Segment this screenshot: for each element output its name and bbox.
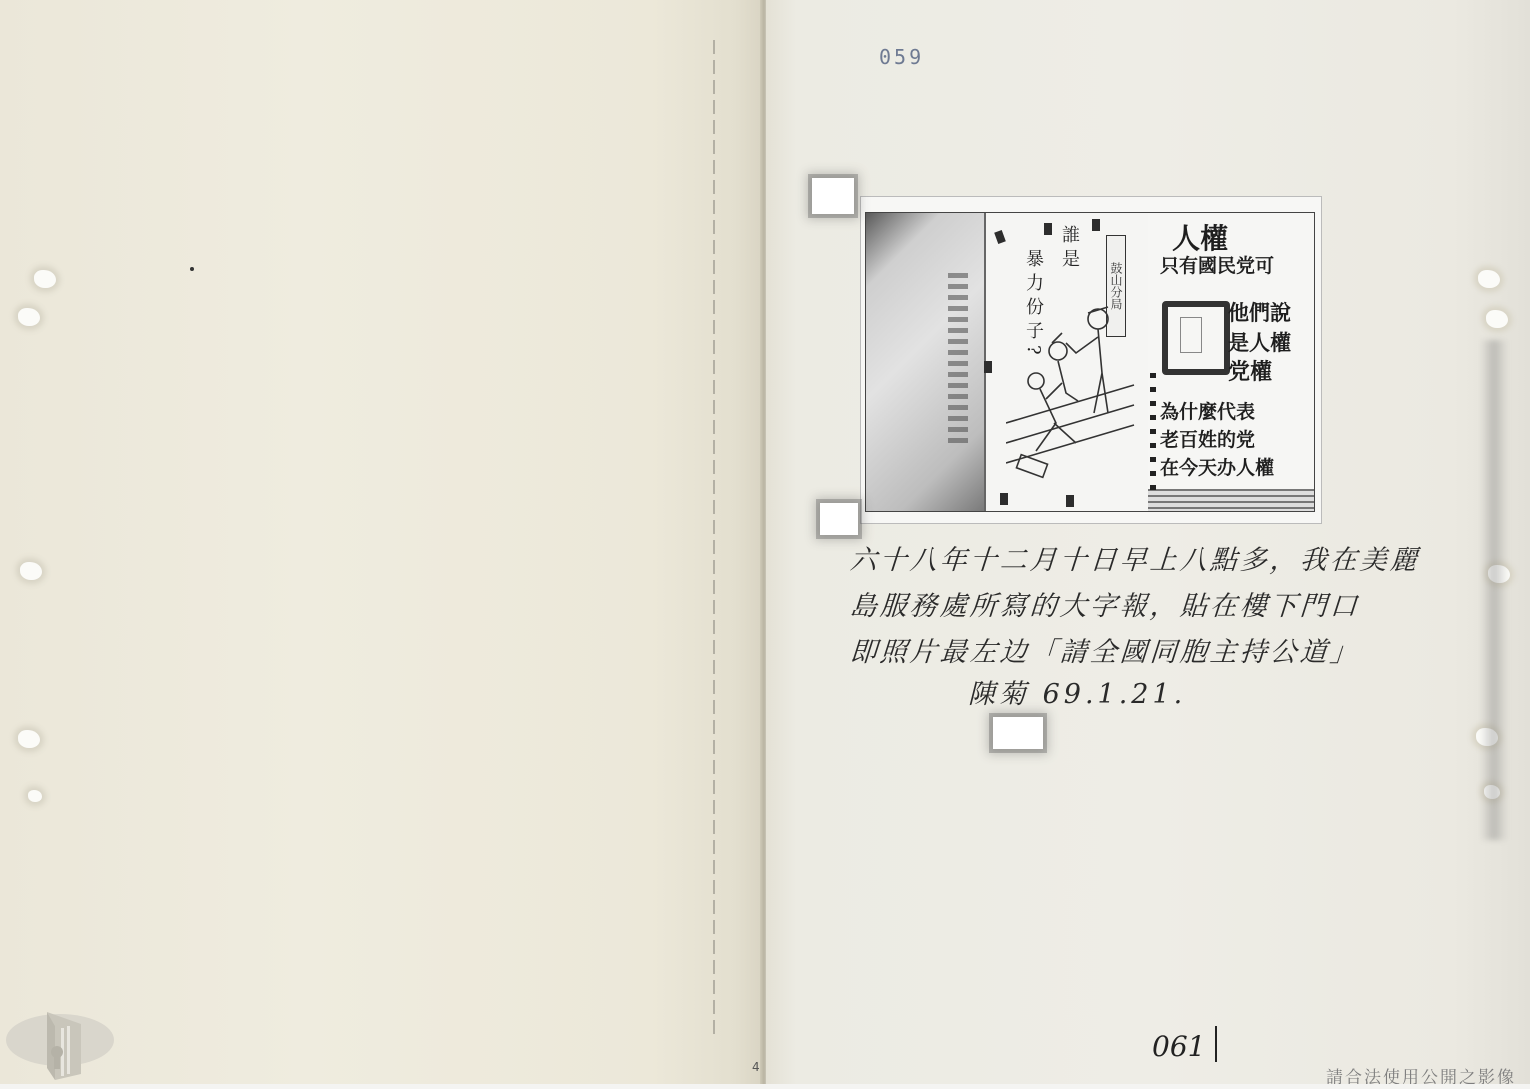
doorway-rail <box>1148 489 1314 511</box>
tape-mark <box>994 230 1006 244</box>
archive-logo-icon <box>5 1000 120 1082</box>
poster-line: 在今天办人權 <box>1160 453 1274 480</box>
poster-line: 老百姓的党 <box>1160 425 1255 452</box>
spine-scan-line <box>713 40 715 1040</box>
punch-hole <box>1478 270 1500 288</box>
handwritten-note-line-1: 六十八年十二月十日早上八點多，我在美麗 <box>849 538 1322 577</box>
handwritten-page-number: 061 <box>1152 1030 1205 1063</box>
poster-line: 為什麼代表 <box>1160 397 1255 424</box>
punch-hole <box>18 730 40 748</box>
tape-mark <box>984 361 992 373</box>
poster-line: 只有國民党可 <box>1160 251 1274 278</box>
punch-hole <box>34 270 56 288</box>
photograph: 誰是 暴力份子? 鼓山分局 <box>860 196 1322 524</box>
framed-portrait <box>1162 301 1230 375</box>
handwritten-note-line-3: 即照片最左边「請全國同胞主持公道」 <box>849 630 1322 669</box>
tape-mark <box>1000 493 1008 505</box>
stamp-number: 059 <box>879 45 924 69</box>
handwritten-note-line-2: 島服務處所寫的大字報，貼在樓下門口 <box>849 584 1322 623</box>
punch-hole <box>18 308 40 326</box>
poster-line: 他們說 <box>1228 297 1291 327</box>
photograph-image: 誰是 暴力份子? 鼓山分局 <box>865 212 1315 512</box>
left-poster-text <box>948 273 968 443</box>
signature-date: 陳菊 69.1.21. <box>968 672 1186 711</box>
punch-hole <box>28 790 42 802</box>
tape-mark <box>1092 219 1100 231</box>
tape-mark <box>1044 223 1052 235</box>
cartoon-figures-illustration <box>1006 273 1136 493</box>
poster-edge-tape <box>1150 373 1156 493</box>
left-poster <box>866 213 984 511</box>
redaction-box-1 <box>812 178 854 214</box>
scan-bottom-edge <box>0 1084 1530 1089</box>
redaction-box-3 <box>993 717 1043 749</box>
cartoon-poster: 誰是 暴力份子? 鼓山分局 <box>984 213 1150 511</box>
redaction-box-2 <box>820 503 858 535</box>
punch-hole <box>1486 310 1508 328</box>
ink-speck <box>190 267 194 271</box>
human-rights-poster: 人權 只有國民党可 他們說 是人權 党權 為什麼代表 老百姓的党 在今天办人權 <box>1148 213 1314 511</box>
cartoon-title-line-1: 誰是 <box>1056 225 1082 273</box>
tape-mark <box>1066 495 1074 507</box>
scan-smudge <box>1480 340 1508 840</box>
poster-line: 是人權 <box>1228 327 1291 357</box>
poster-line: 党權 <box>1228 355 1272 386</box>
left-page: 4- <box>0 0 766 1089</box>
punch-hole <box>20 562 42 580</box>
